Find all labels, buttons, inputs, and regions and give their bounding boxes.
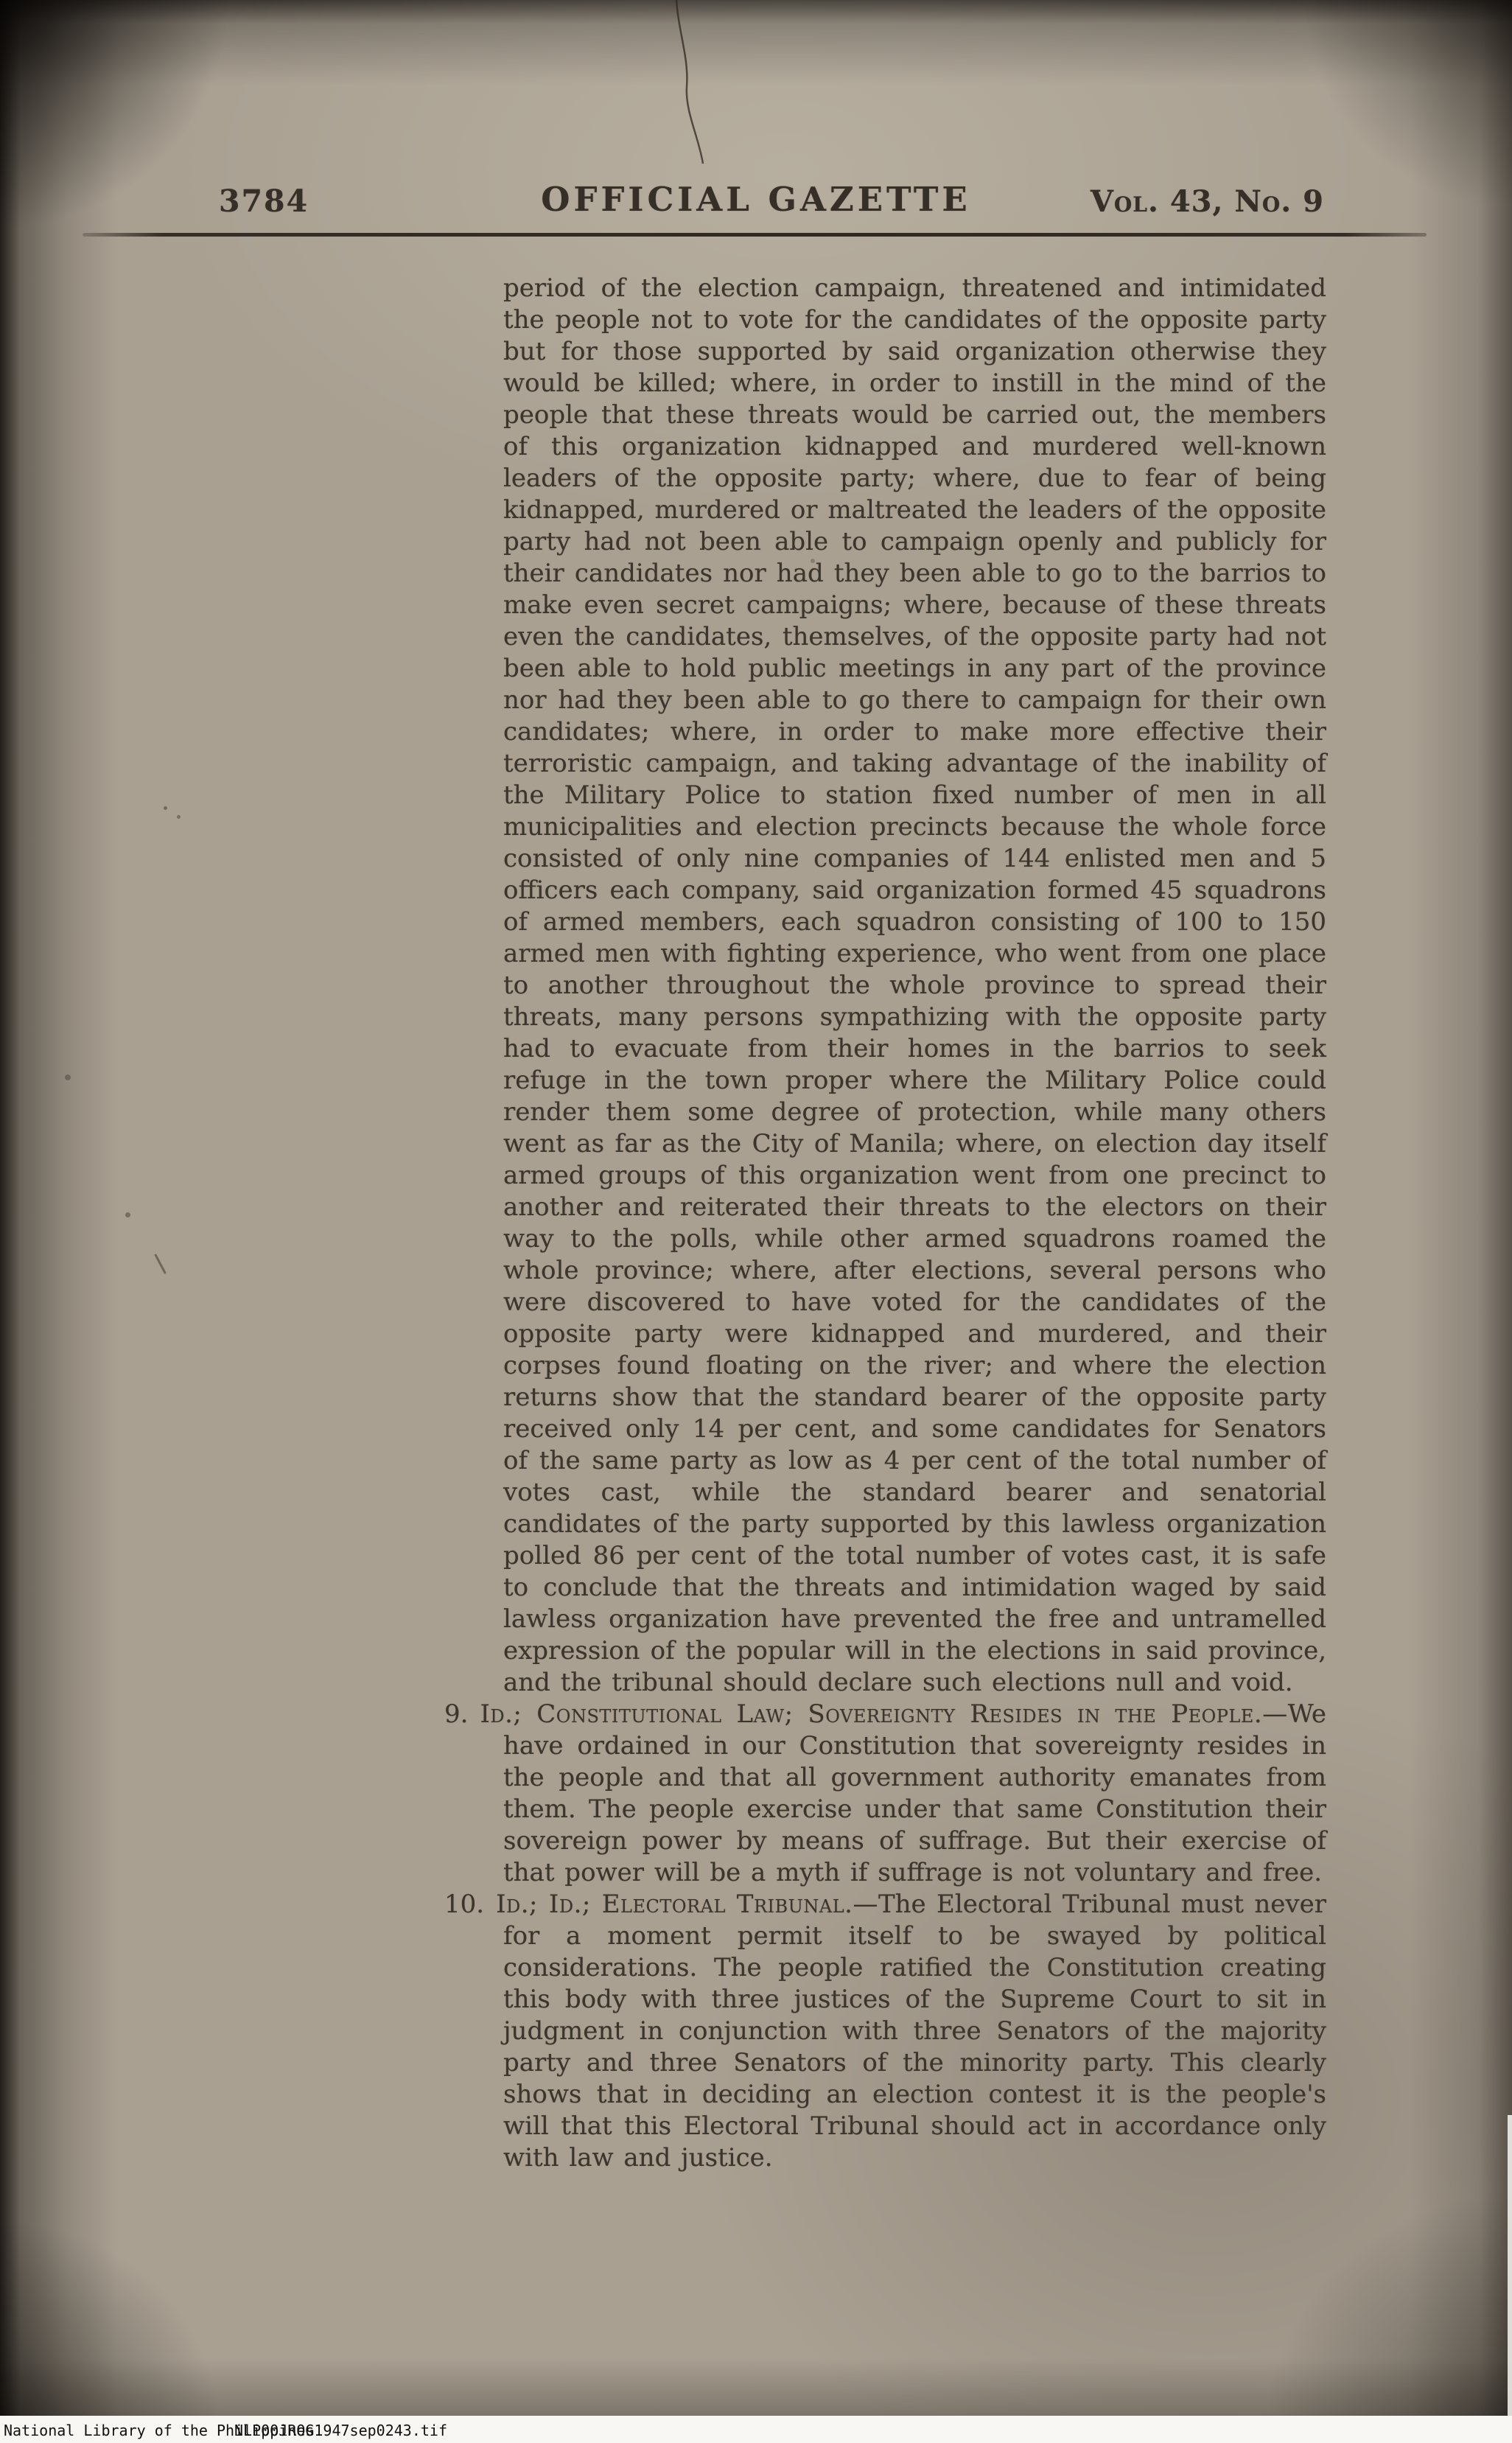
header-rule <box>83 233 1427 237</box>
paper-crack <box>658 0 724 166</box>
footer-filename-label: NLP00JROG1947sep0243.tif <box>234 2422 447 2439</box>
stray-mark <box>164 806 167 810</box>
syllabus-item-10: 10.Id.; Id.; Electoral Tribunal.—The Ele… <box>503 1889 1326 2174</box>
syllabus-continuation-paragraph: period of the election campaign, threate… <box>503 273 1326 1699</box>
volume-issue-label: Vol. 43, No. 9 <box>1091 184 1324 219</box>
syllabus-item-9: 9.Id.; Constitutional Law; Sovereignty R… <box>503 1699 1326 1889</box>
item-number: 10. <box>444 1890 484 1919</box>
stray-mark <box>65 1074 71 1080</box>
text-column: period of the election campaign, threate… <box>503 273 1326 2174</box>
digitization-footer: National Library of the Philippines NLP0… <box>0 2416 1512 2443</box>
item-heading: Id.; Id.; Electoral Tribunal.— <box>496 1890 878 1919</box>
stray-mark <box>125 1212 130 1217</box>
scanned-page: 3784 OFFICIAL GAZETTE Vol. 43, No. 9 per… <box>0 0 1512 2443</box>
stray-mark <box>177 815 181 819</box>
stray-pen-mark <box>154 1254 167 1274</box>
scanner-edge-sliver <box>1508 2115 1512 2443</box>
item-number: 9. <box>444 1699 468 1729</box>
item-heading: Id.; Constitutional Law; Sovereignty Res… <box>480 1699 1287 1729</box>
stray-mark <box>811 559 815 563</box>
item-text: The Electoral Tribunal must never for a … <box>503 1890 1326 2173</box>
